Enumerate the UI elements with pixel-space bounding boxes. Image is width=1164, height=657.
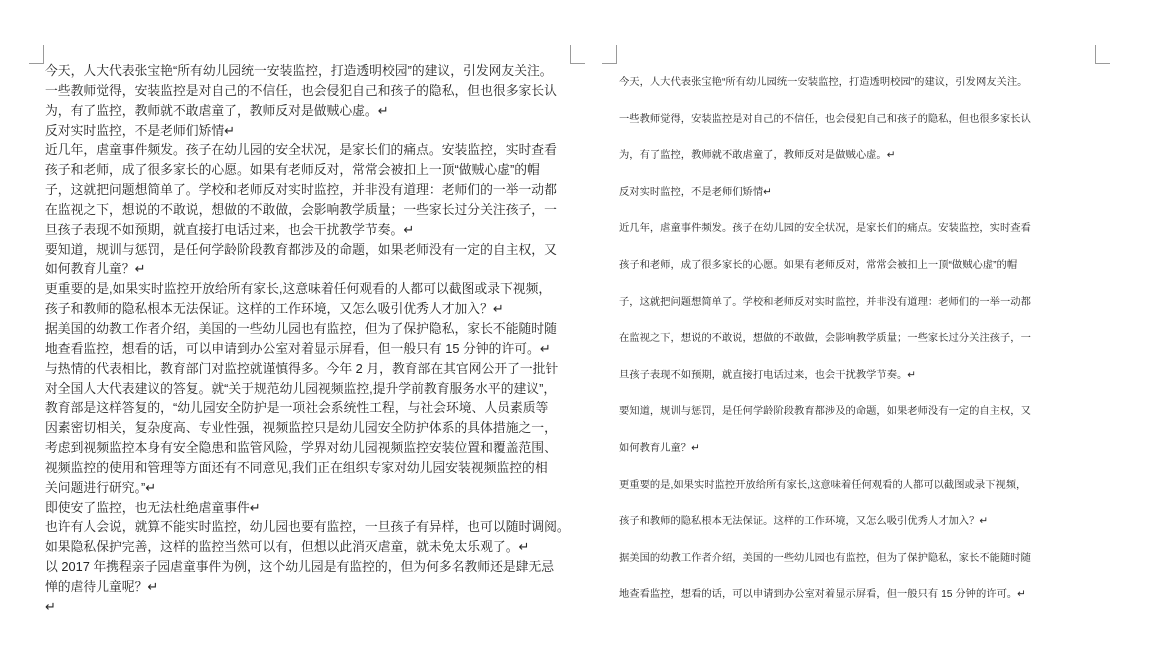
text-line: 要知道，规训与惩罚，是任何学龄阶段教育都涉及的命题，如果老师没有一定的自主权，又: [45, 240, 573, 260]
right-page-text-block: 今天，人大代表张宝艳“所有幼儿园统一安装监控，打造透明校园”的建议，引发网友关注…: [619, 65, 1099, 614]
text-line: 与热情的代表相比，教育部门对监控就谨慎得多。今年 2 月，教育部在其官网公开了一…: [45, 359, 573, 379]
text-line: 在监视之下，想说的不敢说，想做的不敢做，会影响教学质量；一些家长过分关注孩子，一: [45, 200, 573, 220]
text-line: 孩子和老师，成了很多家长的心愿。如果有老师反对，常常会被扣上一顶“做贼心虚”的帽: [45, 160, 573, 180]
text-line: 反对实时监控，不是老师们矫情↵: [619, 175, 1099, 212]
text-line: 子，这就把问题想简单了。学校和老师反对实时监控，并非没有道理：老师们的一举一动都: [45, 180, 573, 200]
text-line: 也许有人会说，就算不能实时监控，幼儿园也要有监控，一旦孩子有异样，也可以随时调阅…: [45, 517, 573, 537]
text-line: 孩子和老师，成了很多家长的心愿。如果有老师反对，常常会被扣上一顶“做贼心虚”的帽: [619, 248, 1099, 285]
text-line: 今天，人大代表张宝艳“所有幼儿园统一安装监控，打造透明校园”的建议，引发网友关注…: [619, 65, 1099, 102]
text-line: 如何教育儿童？↵: [45, 259, 573, 279]
text-line: 近几年，虐童事件频发。孩子在幼儿园的安全状况，是家长们的痛点。安装监控，实时查看: [619, 211, 1099, 248]
text-line: 更重要的是,如果实时监控开放给所有家长,这意味着任何观看的人都可以截图或录下视频…: [619, 468, 1099, 505]
text-line: 视频监控的使用和管理等方面还有不同意见,我们正在组织专家对幼儿园安装视频监控的相: [45, 458, 573, 478]
text-line: 更重要的是,如果实时监控开放给所有家长,这意味着任何观看的人都可以截图或录下视频…: [45, 279, 573, 299]
text-line: 如何教育儿童？↵: [619, 431, 1099, 468]
text-line: 惮的虐待儿童呢？↵: [45, 577, 573, 597]
text-line: 地查看监控，想看的话，可以申请到办公室对着显示屏看，但一般只有 15 分钟的许可…: [45, 339, 573, 359]
text-line: 旦孩子表现不如预期，就直接打电话过来，也会干扰教学节奏。↵: [619, 358, 1099, 395]
text-line: 孩子和教师的隐私根本无法保证。这样的工作环境，又怎么吸引优秀人才加入？↵: [619, 504, 1099, 541]
text-line: 今天，人大代表张宝艳“所有幼儿园统一安装监控，打造透明校园”的建议，引发网友关注…: [45, 61, 573, 81]
document-canvas: 今天，人大代表张宝艳“所有幼儿园统一安装监控，打造透明校园”的建议，引发网友关注…: [0, 0, 1164, 657]
text-line: 地查看监控，想看的话，可以申请到办公室对着显示屏看，但一般只有 15 分钟的许可…: [619, 577, 1099, 614]
text-line: 为，有了监控，教师就不敢虐童了，教师反对是做贼心虚。↵: [45, 101, 573, 121]
text-line: 对全国人大代表建议的答复。就“关于规范幼儿园视频监控,提升学前教育服务水平的建议…: [45, 379, 573, 399]
text-line: 为，有了监控，教师就不敢虐童了，教师反对是做贼心虚。↵: [619, 138, 1099, 175]
text-line: 即使安了监控，也无法杜绝虐童事件↵: [45, 498, 573, 518]
text-line: 关问题进行研究。”↵: [45, 478, 573, 498]
text-line: 反对实时监控，不是老师们矫情↵: [45, 121, 573, 141]
text-line: 因素密切相关，复杂度高、专业性强，视频监控只是幼儿园安全防护体系的具体措施之一，: [45, 418, 573, 438]
text-line: 要知道，规训与惩罚，是任何学龄阶段教育都涉及的命题，如果老师没有一定的自主权，又: [619, 394, 1099, 431]
text-line: 考虑到视频监控本身有安全隐患和监管风险，学界对幼儿园视频监控安装位置和覆盖范围、: [45, 438, 573, 458]
text-boundary-mark-left-page-top-left: [29, 45, 44, 64]
text-line: 教育部是这样答复的，“幼儿园安全防护是一项社会系统性工程，与社会环境、人员素质等: [45, 398, 573, 418]
text-boundary-mark-right-page-top-right: [1095, 45, 1110, 64]
left-page-text-block: 今天，人大代表张宝艳“所有幼儿园统一安装监控，打造透明校园”的建议，引发网友关注…: [45, 61, 573, 617]
text-boundary-mark-right-page-top-left: [602, 45, 617, 64]
text-line: 据美国的幼教工作者介绍，美国的一些幼儿园也有监控，但为了保护隐私，家长不能随时随: [45, 319, 573, 339]
text-line: 以 2017 年携程亲子园虐童事件为例，这个幼儿园是有监控的，但为何多名教师还是…: [45, 557, 573, 577]
text-line: 一些教师觉得，安装监控是对自己的不信任，也会侵犯自己和孩子的隐私，但也很多家长认: [619, 102, 1099, 139]
text-line: 一些教师觉得，安装监控是对自己的不信任，也会侵犯自己和孩子的隐私，但也很多家长认: [45, 81, 573, 101]
text-line: 旦孩子表现不如预期，就直接打电话过来，也会干扰教学节奏。↵: [45, 220, 573, 240]
text-line: ↵: [45, 597, 573, 617]
text-line: 如果隐私保护完善，这样的监控当然可以有，但想以此消灭虐童，就未免太乐观了。↵: [45, 537, 573, 557]
text-line: 近几年，虐童事件频发。孩子在幼儿园的安全状况，是家长们的痛点。安装监控，实时查看: [45, 140, 573, 160]
text-line: 孩子和教师的隐私根本无法保证。这样的工作环境，又怎么吸引优秀人才加入？↵: [45, 299, 573, 319]
text-line: 在监视之下，想说的不敢说，想做的不敢做，会影响教学质量；一些家长过分关注孩子，一: [619, 321, 1099, 358]
text-line: 子，这就把问题想简单了。学校和老师反对实时监控，并非没有道理：老师们的一举一动都: [619, 285, 1099, 322]
text-line: 据美国的幼教工作者介绍，美国的一些幼儿园也有监控，但为了保护隐私，家长不能随时随: [619, 541, 1099, 578]
